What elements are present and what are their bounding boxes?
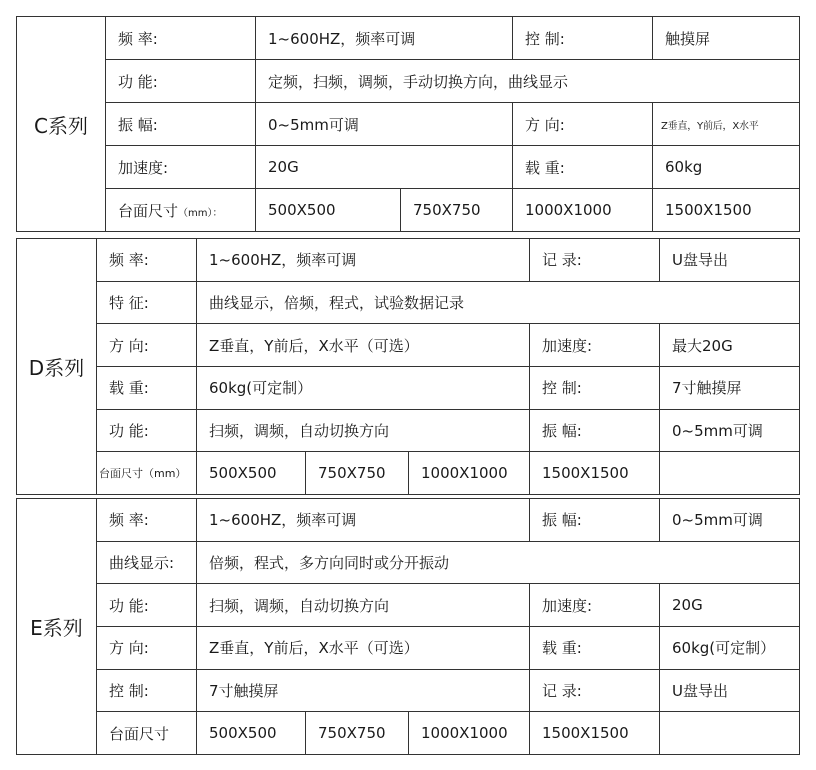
control-value: 7寸触摸屏: [660, 367, 800, 410]
freq-value: 1~600HZ，频率可调: [197, 499, 530, 542]
table-size-value: 500X500: [256, 189, 401, 232]
table-size-label: 台面尺寸（mm）: [97, 452, 197, 495]
function-label: 功 能:: [97, 409, 197, 452]
table-row: 功 能: 定频，扫频，调频，手动切换方向，曲线显示: [17, 60, 800, 103]
empty-cell: [660, 712, 800, 755]
accel-value: 20G: [256, 146, 513, 189]
accel-label: 加速度:: [530, 324, 660, 367]
table-row: 振 幅: 0~5mm可调 方 向: Z垂直，Y前后，X水平: [17, 103, 800, 146]
table-size-label: 台面尺寸（mm）：: [106, 189, 256, 232]
record-label: 记 录:: [530, 669, 660, 712]
table-row: 控 制: 7寸触摸屏 记 录: U盘导出: [17, 669, 800, 712]
accel-label: 加速度:: [106, 146, 256, 189]
table-row: 功 能: 扫频，调频，自动切换方向 振 幅: 0~5mm可调: [17, 409, 800, 452]
function-label: 功 能:: [97, 584, 197, 627]
direction-value: Z垂直，Y前后，X水平: [653, 103, 800, 146]
load-value: 60kg(可定制）: [660, 627, 800, 670]
table-size-unit: （mm）：: [178, 208, 222, 219]
table-row: 台面尺寸 500X500 750X750 1000X1000 1500X1500: [17, 712, 800, 755]
freq-label: 频 率:: [97, 239, 197, 282]
load-label: 载 重:: [97, 367, 197, 410]
load-label: 载 重:: [530, 627, 660, 670]
amplitude-label: 振 幅:: [530, 499, 660, 542]
amplitude-value: 0~5mm可调: [256, 103, 513, 146]
record-value: U盘导出: [660, 669, 800, 712]
table-row: 方 向: Z垂直，Y前后，X水平（可选） 载 重: 60kg(可定制）: [17, 627, 800, 670]
function-value: 扫频，调频，自动切换方向: [197, 409, 530, 452]
table-size-value: 1000X1000: [513, 189, 653, 232]
table-size-value: 500X500: [197, 452, 306, 495]
series-name: C系列: [17, 17, 106, 232]
direction-label: 方 向:: [97, 324, 197, 367]
table-row: 曲线显示: 倍频，程式，多方向同时或分开振动: [17, 541, 800, 584]
load-value: 60kg(可定制）: [197, 367, 530, 410]
series-name: E系列: [17, 499, 97, 755]
table-size-value: 1000X1000: [409, 452, 530, 495]
table-row: 载 重: 60kg(可定制） 控 制: 7寸触摸屏: [17, 367, 800, 410]
feature-value: 曲线显示，倍频，程式，试验数据记录: [197, 281, 800, 324]
series-e-spec-table: E系列 频 率: 1~600HZ，频率可调 振 幅: 0~5mm可调 曲线显示:…: [16, 498, 800, 755]
series-d-spec-table: D系列 频 率: 1~600HZ，频率可调 记 录: U盘导出 特 征: 曲线显…: [16, 238, 800, 495]
direction-label: 方 向:: [97, 627, 197, 670]
table-size-value: 750X750: [401, 189, 513, 232]
control-value: 触摸屏: [653, 17, 800, 60]
table-row: E系列 频 率: 1~600HZ，频率可调 振 幅: 0~5mm可调: [17, 499, 800, 542]
table-size-value: 1000X1000: [409, 712, 530, 755]
accel-label: 加速度:: [530, 584, 660, 627]
table-row: 台面尺寸（mm） 500X500 750X750 1000X1000 1500X…: [17, 452, 800, 495]
freq-label: 频 率:: [106, 17, 256, 60]
table-row: C系列 频 率: 1~600HZ，频率可调 控 制: 触摸屏: [17, 17, 800, 60]
table-row: 功 能: 扫频，调频，自动切换方向 加速度: 20G: [17, 584, 800, 627]
control-value: 7寸触摸屏: [197, 669, 530, 712]
load-value: 60kg: [653, 146, 800, 189]
function-value: 扫频，调频，自动切换方向: [197, 584, 530, 627]
table-row: D系列 频 率: 1~600HZ，频率可调 记 录: U盘导出: [17, 239, 800, 282]
table-row: 台面尺寸（mm）： 500X500 750X750 1000X1000 1500…: [17, 189, 800, 232]
amplitude-label: 振 幅:: [530, 409, 660, 452]
table-row: 方 向: Z垂直，Y前后，X水平（可选） 加速度: 最大20G: [17, 324, 800, 367]
freq-value: 1~600HZ，频率可调: [256, 17, 513, 60]
accel-value: 20G: [660, 584, 800, 627]
curve-value: 倍频，程式，多方向同时或分开振动: [197, 541, 800, 584]
table-size-value: 1500X1500: [530, 712, 660, 755]
control-label: 控 制:: [97, 669, 197, 712]
amplitude-value: 0~5mm可调: [660, 409, 800, 452]
record-label: 记 录:: [530, 239, 660, 282]
table-size-value: 1500X1500: [653, 189, 800, 232]
empty-cell: [660, 452, 800, 495]
control-label: 控 制:: [530, 367, 660, 410]
direction-value: Z垂直，Y前后，X水平（可选）: [197, 627, 530, 670]
series-name: D系列: [17, 239, 97, 495]
freq-label: 频 率:: [97, 499, 197, 542]
load-label: 载 重:: [513, 146, 653, 189]
series-c-spec-table: C系列 频 率: 1~600HZ，频率可调 控 制: 触摸屏 功 能: 定频，扫…: [16, 16, 800, 232]
curve-label: 曲线显示:: [97, 541, 197, 584]
table-row: 特 征: 曲线显示，倍频，程式，试验数据记录: [17, 281, 800, 324]
freq-value: 1~600HZ，频率可调: [197, 239, 530, 282]
record-value: U盘导出: [660, 239, 800, 282]
direction-value: Z垂直，Y前后，X水平（可选）: [197, 324, 530, 367]
amplitude-label: 振 幅:: [106, 103, 256, 146]
amplitude-value: 0~5mm可调: [660, 499, 800, 542]
table-size-value: 1500X1500: [530, 452, 660, 495]
table-size-label-text: 台面尺寸: [118, 202, 178, 220]
table-row: 加速度: 20G 载 重: 60kg: [17, 146, 800, 189]
function-value: 定频，扫频，调频，手动切换方向，曲线显示: [256, 60, 800, 103]
feature-label: 特 征:: [97, 281, 197, 324]
table-size-label: 台面尺寸: [97, 712, 197, 755]
accel-value: 最大20G: [660, 324, 800, 367]
function-label: 功 能:: [106, 60, 256, 103]
table-size-value: 750X750: [306, 712, 409, 755]
table-size-value: 500X500: [197, 712, 306, 755]
direction-label: 方 向:: [513, 103, 653, 146]
control-label: 控 制:: [513, 17, 653, 60]
table-size-value: 750X750: [306, 452, 409, 495]
